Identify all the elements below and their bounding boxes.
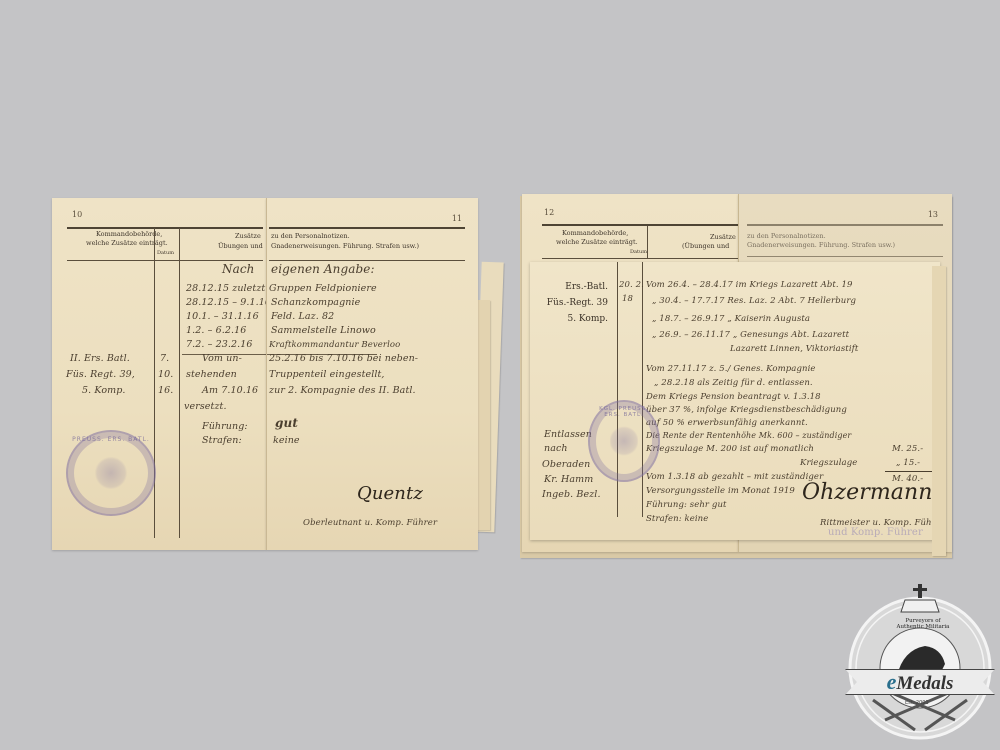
transfer-text: zur 2. Kompagnie des II. Batl. (269, 384, 416, 398)
entry-line: Vom 1.3.18 ab gezahlt – mit zuständiger (646, 470, 823, 484)
stamp-text: PREUSS. ERS. BATL. (68, 436, 154, 443)
discharge-note: nach (544, 442, 568, 456)
header-rule-bottom (747, 256, 943, 257)
service-unit: Sammelstelle Linowo (271, 324, 376, 338)
entry-line: auf 50 % erwerbsunfähig anerkannt. (646, 416, 808, 430)
service-unit: Gruppen Feldpioniere (269, 282, 377, 296)
conduct-value: gut (275, 416, 298, 430)
brand-ribbon: eMedals (845, 669, 995, 695)
page-number: 10 (72, 210, 82, 219)
officer-signature: Ohzermann (802, 482, 933, 504)
header-rule-top (747, 224, 943, 226)
unit-printed: Füs.-Regt. 39 (538, 296, 608, 311)
unit-line: Füs. Regt. 39, (66, 368, 135, 382)
service-period: 10.1. – 31.1.16 (186, 310, 259, 324)
inserted-entry-sheet: Ers.-Batl. Füs.-Regt. 39 5. Komp. 20. 2.… (530, 262, 940, 540)
entry-date: 18 (622, 292, 633, 306)
entry-line: Die Rente der Rentenhöhe Mk. 600 – zustä… (646, 429, 851, 443)
transfer-text: 25.2.16 bis 7.10.16 bei neben- (269, 352, 418, 366)
header-rule-bottom (542, 258, 738, 259)
page-number: 11 (452, 214, 462, 223)
header-conduct-punishments: Gnadenerweisungen. Führung. Strafen usw.… (271, 242, 419, 251)
service-period: 7.2. – 23.2.16 (186, 338, 253, 352)
entry-line: Versorgungsstelle im Monat 1919 (646, 484, 795, 498)
punishments-value: keine (273, 434, 300, 448)
unit-line: 5. Komp. (82, 384, 126, 398)
regimental-stamp: KGL. PREUSS. ERS. BATL. (588, 400, 660, 482)
established-year: Est. 2001 (905, 700, 929, 706)
tagline: Purveyors of Authentic Militaria (893, 618, 953, 630)
eagle-icon (94, 457, 128, 490)
header-rule-top (269, 227, 465, 229)
column-divider (642, 262, 643, 517)
entry-date: 10. (158, 368, 173, 382)
entry-line: Kriegszulage M. 200 ist auf monatlich (646, 442, 814, 456)
brand-medals: Medals (896, 673, 953, 694)
entry-line: Strafen: keine (646, 512, 708, 526)
entry-line: „ 26.9. – 26.11.17 „ Genesungs Abt. Laza… (652, 328, 849, 342)
amount: M. 25.- (892, 442, 923, 456)
entry-line: „ 28.2.18 als Zeitig für d. entlassen. (654, 376, 813, 390)
entry-line: über 37 %, infolge Kriegsdienstbeschädig… (646, 403, 847, 417)
unit-printed: Ers.-Batl. (550, 280, 608, 295)
regimental-stamp: PREUSS. ERS. BATL. (66, 430, 156, 516)
header-exercises: Übungen und (218, 242, 263, 251)
emedals-emblem-icon (845, 580, 995, 745)
unit-line: II. Ers. Batl. (70, 352, 130, 366)
entry-date: 16. (158, 384, 173, 398)
entry-date: 20. 2. (619, 278, 644, 292)
header-rule-top (67, 227, 263, 229)
service-period: 28.12.15 zuletzt (186, 282, 265, 296)
faded-purple-stamp: und Komp. Führer (828, 526, 923, 540)
transfer-line: Vom un- (202, 352, 242, 366)
unit-printed: 5. Komp. (550, 312, 608, 327)
service-title: Nach (222, 262, 255, 276)
service-unit: Feld. Laz. 82 (271, 310, 334, 324)
header-rule-bottom (67, 260, 263, 261)
header-personal-notes: zu den Personalnotizen. (747, 232, 826, 241)
header-command-authority: Kommandobehörde, (96, 230, 162, 239)
page-11: 11 zu den Personalnotizen. Gnadenerweisu… (266, 198, 478, 550)
discharge-note: Ingeb. Bezl. (542, 488, 601, 502)
officer-title: Oberleutnant u. Komp. Führer (303, 516, 437, 530)
service-unit: Schanzkompagnie (271, 296, 360, 310)
service-title: eigenen Angabe: (271, 262, 375, 276)
header-additions: Zusätze (710, 233, 736, 242)
entry-line: Vom 27.11.17 z. 5./ Genes. Kompagnie (646, 362, 816, 376)
header-personal-notes: zu den Personalnotizen. (271, 232, 350, 241)
punishments-label: Strafen: (202, 434, 242, 448)
page-10: 10 Kommandobehörde, welche Zusätze eintr… (52, 198, 266, 550)
brand-e: e (887, 669, 897, 694)
column-divider (647, 226, 648, 258)
transfer-line: versetzt. (184, 400, 227, 414)
stamp-text: KGL. PREUSS. ERS. BATL. (590, 406, 658, 418)
entry-line: Lazarett Linnen, Viktoriastift (730, 342, 858, 356)
brand-name: eMedals (887, 669, 954, 695)
header-rule-bottom (269, 260, 465, 261)
amount: „ 15.- (896, 456, 920, 470)
header-additions: Zusätze (235, 232, 261, 241)
conduct-label: Führung: (202, 420, 248, 434)
header-conduct-punishments: Gnadenerweisungen. Führung. Strafen usw.… (747, 241, 895, 250)
transfer-line: stehenden (186, 368, 237, 382)
entry-line: Dem Kriegs Pension beantragt v. 1.3.18 (646, 390, 821, 404)
column-divider (154, 228, 155, 538)
page-number: 13 (928, 210, 938, 219)
folded-page-edge (932, 266, 946, 556)
entry-line: Vom 26.4. – 28.4.17 im Kriegs Lazarett A… (646, 278, 853, 292)
header-exercises: (Übungen und (682, 242, 729, 251)
column-divider (179, 228, 180, 538)
page-number: 12 (544, 208, 554, 217)
discharge-note: Entlassen (544, 428, 592, 442)
entry-line: „ 18.7. – 26.9.17 „ Kaiserin Augusta (652, 312, 810, 326)
entry-line: „ 30.4. – 17.7.17 Res. Laz. 2 Abt. 7 Hel… (652, 294, 856, 308)
discharge-note: Kr. Hamm (544, 473, 593, 487)
header-command-authority-sub: welche Zusätze einträgt. (86, 239, 168, 248)
officer-signature: Quentz (357, 483, 423, 505)
header-date: Datum (630, 248, 647, 257)
transfer-text: Truppenteil eingestellt, (269, 368, 385, 382)
header-rule-top (542, 224, 738, 226)
service-period: 28.12.15 – 9.1.16 (186, 296, 271, 310)
discharge-note: Oberaden (542, 458, 590, 472)
service-unit: Kraftkommandantur Beverloo (269, 338, 400, 352)
transfer-line: Am 7.10.16 (202, 384, 258, 398)
header-date: Datum (157, 249, 174, 258)
entry-line: Kriegszulage (800, 456, 857, 470)
service-period: 1.2. – 6.2.16 (186, 324, 246, 338)
header-command-authority-sub: welche Zusätze einträgt. (556, 238, 638, 247)
emedals-watermark: Purveyors of Authentic Militaria eMedals… (845, 580, 995, 745)
header-command-authority: Kommandobehörde, (562, 229, 628, 238)
eagle-icon (610, 425, 637, 456)
entry-date: 7. (160, 352, 169, 366)
entry-line: Führung: sehr gut (646, 498, 727, 512)
